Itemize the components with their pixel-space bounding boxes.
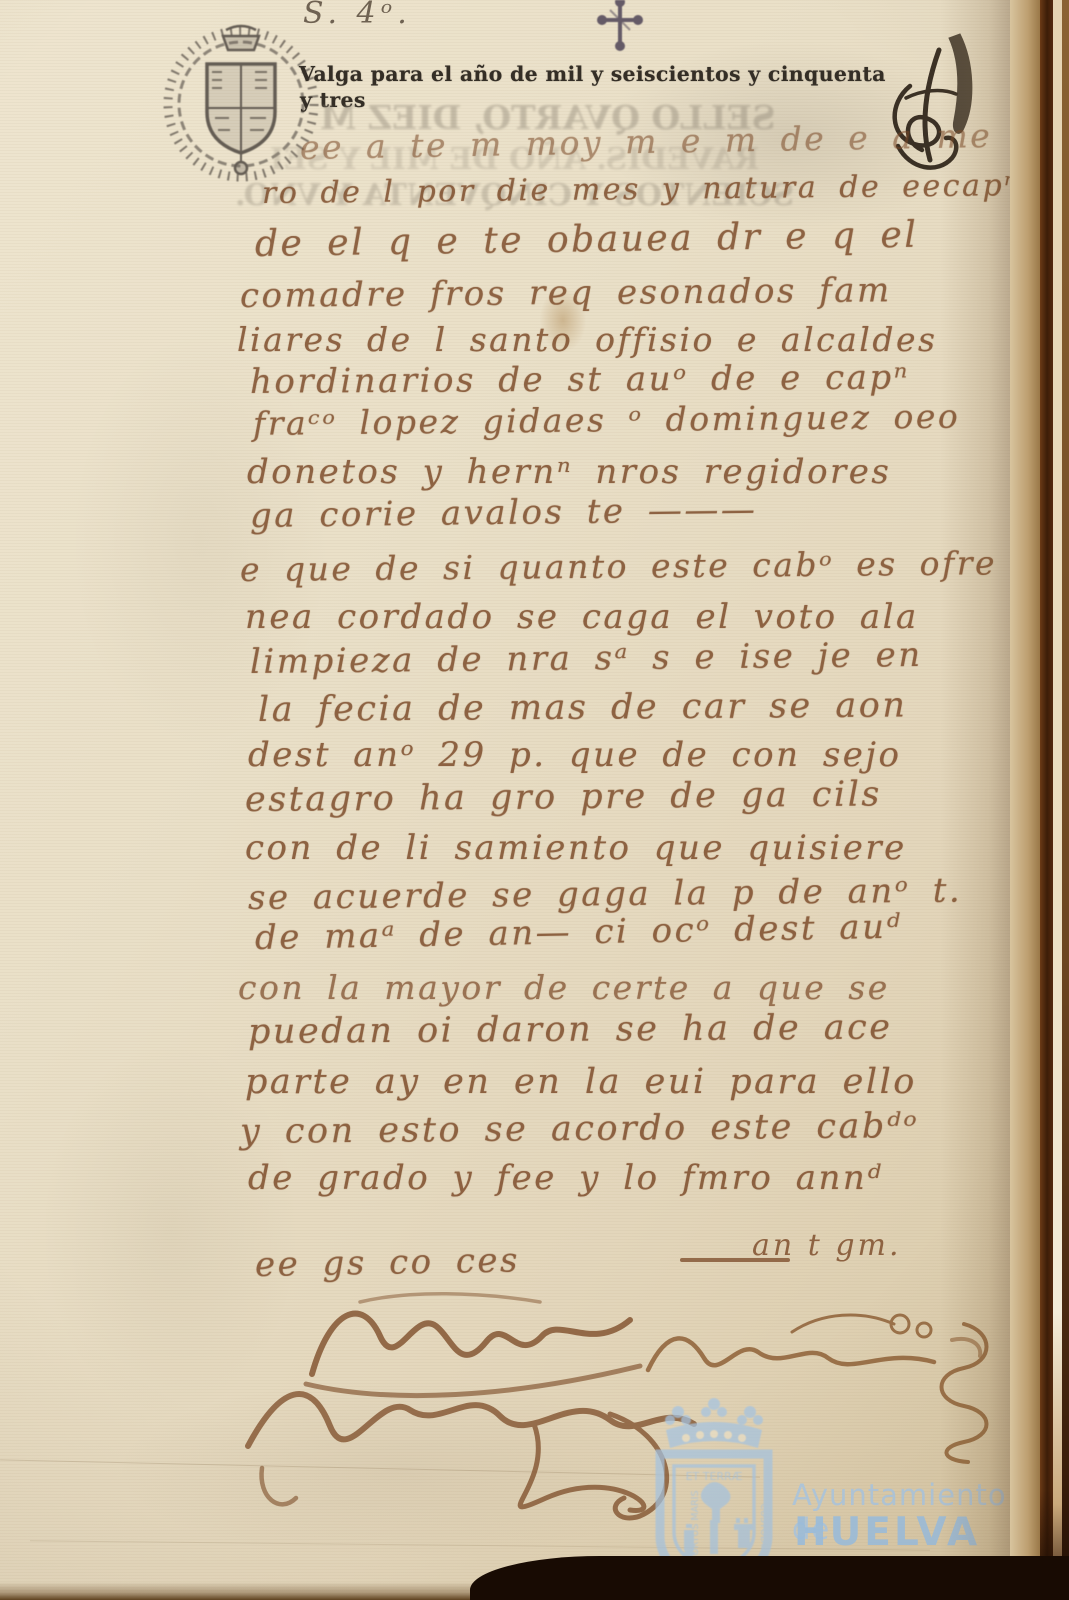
manuscript-line: limpieza de nra sᵃ s e ise je en [250, 635, 923, 682]
printed-validity-line1: Valga para el año de mil y seiscientos y… [299, 62, 886, 86]
manuscript-line: la fecia de mas de car se aon [258, 685, 908, 730]
document-page: S. 4ᵒ. [0, 0, 1010, 1600]
binding-gutter-dark [1040, 0, 1053, 1600]
manuscript-line: estagro ha gro pre de ga cils [245, 774, 882, 820]
page-edge-strip [1010, 0, 1040, 1600]
manuscript-line: ga corie avalos te ——— [250, 490, 758, 536]
underlying-page-edge [1053, 0, 1062, 1600]
manuscript-line: puedan oi daron se ha de ace [248, 1008, 893, 1052]
manuscript-scan: S. 4ᵒ. [0, 0, 1069, 1600]
cross-icon [596, 0, 644, 52]
manuscript-line: parte ay en en la eui para ello [245, 1062, 917, 1102]
manuscript-line: de el q e te obauea dr e q el [255, 215, 919, 265]
manuscript-line: donetos y hernⁿ nros regidores [247, 452, 891, 492]
binding-outer-edge [1062, 0, 1069, 1600]
manuscript-line: comadre fros req esonados fam [240, 270, 892, 316]
manuscript-line: con de li samiento que quisiere [245, 828, 907, 868]
manuscript-line: nea cordado se caga el voto ala [245, 597, 919, 637]
gutter-shadow [940, 0, 1010, 1600]
manuscript-line: e que de si quanto este cabᵒ es ofre [240, 543, 997, 589]
manuscript-line: ee gs co ces [255, 1240, 521, 1285]
signature-villegas [238, 1348, 708, 1533]
shield-motto-top: ET TERRÆ [686, 1470, 743, 1483]
manuscript-line: hordinarios de st auᵒ de e capⁿ [250, 357, 910, 402]
manuscript-line: de grado y fee y lo fmro annᵈ [248, 1158, 883, 1198]
shield-motto-left: PORTUS MARIS [690, 1490, 701, 1561]
manuscript-line: fraᶜᵒ lopez gidaes ᵒ dominguez oeo [253, 397, 961, 443]
manuscript-line: dest anᵒ 29 p. que de con sejo [248, 735, 901, 775]
shield-motto-right: CUSTODIA [758, 1503, 769, 1553]
background-below-page [470, 1556, 1069, 1600]
manuscript-line: ro de l por die mes y natura de eecapⁿ [262, 168, 1019, 211]
manuscript-line: liares de l santo offisio e alcaldes [237, 320, 937, 359]
manuscript-line: y con esto se acordo este cabᵈᵒ [240, 1106, 920, 1152]
closing-attestation: an t gm. [752, 1228, 902, 1263]
manuscript-line: con la mayor de certe a que se [238, 968, 890, 1007]
